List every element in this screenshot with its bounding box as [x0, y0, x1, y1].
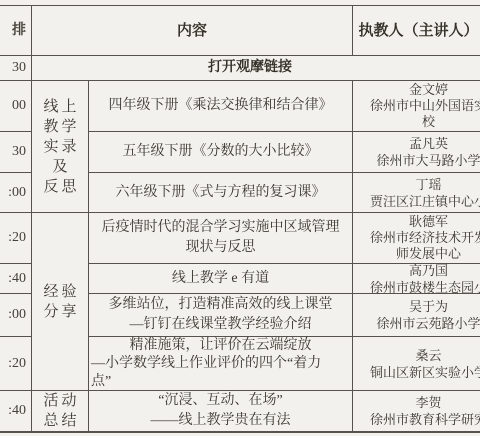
- schedule-table: 排 内容 执教人（主讲人） 30 打开观摩链接 00 30 :00 :20 :4…: [0, 5, 480, 433]
- instructor-cell: 吴于为 徐州市云苑路小学: [353, 294, 480, 337]
- instructor-org: 徐州市大马路小学: [376, 152, 480, 169]
- header-time: 排: [0, 6, 32, 56]
- instructor-org: 校: [422, 114, 435, 130]
- instructor-name: 李贺: [415, 394, 441, 411]
- time-cell: :40: [0, 391, 32, 431]
- header-content: 内容: [32, 6, 353, 56]
- time-cell: :40: [0, 264, 32, 294]
- instructor-name: 丁瑶: [415, 176, 441, 193]
- content-cell: 线上教学 e 有道: [89, 264, 353, 294]
- header-instructor: 执教人（主讲人）: [353, 6, 480, 56]
- instructor-name: 桑云: [415, 347, 441, 364]
- instructor-cell: 耿德军 徐州市经济技术开发 师发展中心: [353, 213, 480, 264]
- instructor-org: 贾汪区江庄镇中心小: [370, 193, 480, 210]
- open-link-label: 打开观摩链接: [208, 58, 292, 78]
- instructor-org: 徐州市云苑路小学: [376, 315, 480, 332]
- instructor-cell: 李贺 徐州市教育科学研究: [353, 391, 480, 431]
- time-cell: :00: [0, 173, 32, 213]
- instructor-name: 孟凡英: [409, 135, 448, 152]
- open-link-row: 打开观摩链接: [32, 56, 480, 81]
- instructor-name: 高乃国: [409, 262, 448, 279]
- instructor-org: 徐州市鼓楼生态园小: [370, 279, 480, 296]
- category-online-teaching: 线上 教学 实录 及 反思: [32, 81, 89, 213]
- instructor-name: 金文婷: [409, 82, 448, 98]
- header-instructor-label: 执教人（主讲人）: [358, 21, 478, 41]
- instructor-cell: 孟凡英 徐州市大马路小学: [353, 132, 480, 173]
- instructor-org: 师发展中心: [396, 246, 461, 262]
- instructor-cell: 金文婷 徐州市中山外国语实 校: [353, 81, 480, 132]
- instructor-org: 铜山区新区实验小学: [370, 364, 480, 381]
- time-cell: 30: [0, 132, 32, 173]
- content-cell: 四年级下册《乘法交换律和结合律》: [89, 81, 353, 132]
- time-cell: 00: [0, 81, 32, 132]
- header-content-label: 内容: [177, 21, 207, 41]
- instructor-org: 徐州市教育科学研究: [370, 411, 480, 428]
- instructor-cell: 丁瑶 贾汪区江庄镇中心小: [353, 173, 480, 213]
- instructor-name: 吴于为: [409, 298, 448, 315]
- time-cell: :00: [0, 294, 32, 337]
- instructor-name: 耿德军: [409, 214, 448, 230]
- instructor-cell: 高乃国 徐州市鼓楼生态园小: [353, 264, 480, 294]
- content-cell: “沉浸、互动、在场” ——线上教学贵在有法: [89, 391, 353, 431]
- content-cell: 五年级下册《分数的大小比较》: [89, 132, 353, 173]
- instructor-org: 徐州市经济技术开发: [370, 230, 480, 246]
- category-experience-sharing: 经验 分享: [32, 213, 89, 391]
- time-cell: :20: [0, 337, 32, 391]
- content-cell: 精准施策，让评价在云端绽放 —小学数学线上作业评价的四个“着力 点”: [89, 337, 353, 391]
- content-cell: 六年级下册《式与方程的复习课》: [89, 173, 353, 213]
- instructor-org: 徐州市中山外国语实: [370, 98, 480, 114]
- screenshot-canvas: 排 内容 执教人（主讲人） 30 打开观摩链接 00 30 :00 :20 :4…: [0, 0, 480, 436]
- content-cell: 多维站位，打造精准高效的线上课堂 —钉钉在线课堂教学经验介绍: [89, 294, 353, 337]
- time-cell: :20: [0, 213, 32, 264]
- category-activity-summary: 活动 总结: [32, 391, 89, 431]
- time-cell-link: 30: [0, 56, 32, 81]
- header-time-label: 排: [12, 21, 26, 41]
- content-cell: 后疫情时代的混合学习实施中区域管理 现状与反思: [89, 213, 353, 264]
- instructor-cell: 桑云 铜山区新区实验小学: [353, 337, 480, 391]
